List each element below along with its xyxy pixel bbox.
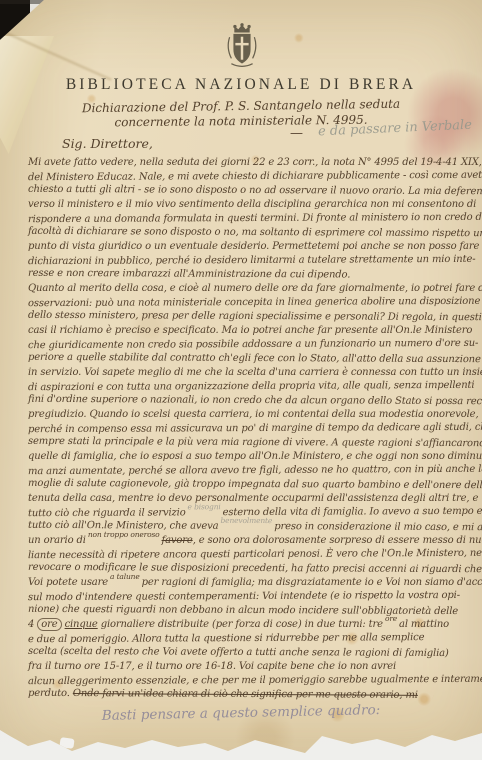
letter-line: pregiudizio. Quando io scelsi questa car… <box>28 408 480 422</box>
letter-segment-strike: favore <box>162 535 193 546</box>
letter-segment: resse e non creare imbarazzi all'Amminis… <box>28 268 350 281</box>
letter-segment: facoltà di dichiarare se sono disposto o… <box>28 226 482 240</box>
letter-line: resse e non creare imbarazzi all'Amminis… <box>28 267 480 283</box>
letter-segment: alcun alleggerimento essenziale, e che p… <box>28 674 482 687</box>
letter-line: quelle di famiglia, che io esposi a suo … <box>28 450 480 464</box>
letter-line: chiesto a tutti gli altri - se io sono d… <box>28 183 480 199</box>
letter-segment: liante necessità di ripetere ancora ques… <box>28 548 482 561</box>
divider-dash: — <box>290 126 303 141</box>
letter-line: casi il richiamo è preciso e specificato… <box>28 324 480 338</box>
letter-segment: dello stesso ministero, presa per delle … <box>28 310 482 323</box>
salutation: Sig. Direttore, <box>62 136 153 151</box>
letter-segment: per ragioni di famiglia; ma disgraziatam… <box>142 577 482 588</box>
letter-segment: in servizio. Voi sapete meglio di me che… <box>28 367 482 378</box>
savoy-crest-icon <box>224 23 260 69</box>
letter-segment: revocare o modificare le sue disposizion… <box>28 562 482 575</box>
folded-corner <box>0 36 54 154</box>
letter-line: Voi potete usarea taluneper ragioni di f… <box>28 576 480 590</box>
letter-segment: casi il richiamo è preciso e specificato… <box>28 325 472 336</box>
letter-segment: quelle di famiglia, che io esposi a suo … <box>28 451 482 462</box>
letter-line: in servizio. Voi sapete meglio di me che… <box>28 366 480 380</box>
letter-line: facoltà di dichiarare se sono disposto o… <box>28 225 480 241</box>
letter-segment: sempre stati la principale e la più vera… <box>28 436 482 449</box>
letter-segment: e due al pomeriggio. Allora tutta la que… <box>28 632 424 645</box>
letter-segment: che giuridicamente non credo sia possibi… <box>28 338 478 351</box>
letter-segment-circled: ore <box>37 618 61 631</box>
letter-segment: dichiarazioni in pubblico, perché io des… <box>28 254 475 267</box>
letter-line: tenuta della casa, mentre io devo person… <box>28 492 480 506</box>
letter-line: verso il ministero e il mio vivo sentime… <box>28 198 480 212</box>
letter-segment: pregiudizio. Quando io scelsi questa car… <box>28 409 478 420</box>
letter-page: BIBLIOTECA NAZIONALE DI BRERA Dichiarazi… <box>0 0 482 760</box>
letter-segment: di aspirazioni e con tutta una organizza… <box>28 380 474 393</box>
letter-segment: 4 <box>28 619 37 630</box>
letter-segment: al mattino <box>399 619 449 630</box>
letter-body: Mi avete fatto vedere, nella seduta dei … <box>28 156 480 702</box>
letter-segment: perduto. <box>28 688 73 699</box>
letter-segment: sul modo d'intendere questi contemperame… <box>28 590 460 603</box>
letterhead-title: BIBLIOTECA NAZIONALE DI BRERA <box>0 76 482 94</box>
letter-segment: moglie di salute cagionevole, già troppo… <box>28 478 482 491</box>
letter-line: fra il turno ore 15-17, e il turno ore 1… <box>28 660 480 674</box>
letter-line: periore a quelle stabilite dal contratto… <box>28 351 480 367</box>
letter-segment: Quanto al merito della cosa, e cioè al n… <box>28 283 482 294</box>
letter-line: un orario dinon troppo onerosofavore, e … <box>28 534 480 548</box>
letter-segment: fini d'ordine superiore o nazionali, io … <box>28 394 482 407</box>
letter-line: nione) che questi riguardi non debbano i… <box>28 603 480 619</box>
letter-line: fini d'ordine superiore o nazionali, io … <box>28 393 480 409</box>
letter-line: Quanto al merito della cosa, e cioè al n… <box>28 282 480 296</box>
letter-segment: preso in considerazione il mio caso, e m… <box>274 521 482 533</box>
letter-line: scelta (scelta del resto che Voi avete o… <box>28 645 480 661</box>
letter-segment: giornaliere distribuite (per forza di co… <box>98 619 383 630</box>
letter-segment: Mi avete fatto vedere, nella seduta dei … <box>28 157 482 168</box>
letter-segment: scelta (scelta del resto che Voi avete o… <box>28 646 449 659</box>
letter-segment: verso il ministero e il mio vivo sentime… <box>28 199 476 210</box>
letter-segment: un orario di <box>28 535 86 546</box>
letter-line: sempre stati la principale e la più vera… <box>28 435 480 451</box>
letter-segment: fra il turno ore 15-17, e il turno ore 1… <box>28 661 396 672</box>
letter-segment: chiesto a tutti gli altri - se io sono d… <box>28 184 482 197</box>
letter-segment: ma anzi aumentate, perché se allora avev… <box>28 464 482 477</box>
letter-segment: punto di vista giuridico o un eventuale … <box>28 241 479 252</box>
letter-segment: rispondere a una domanda formulata in qu… <box>28 212 482 226</box>
letter-segment: osservazioni: può una nota ministeriale … <box>28 296 480 309</box>
letter-segment: tenuta della casa, mentre io devo person… <box>28 493 478 504</box>
letter-line: moglie di salute cagionevole, già troppo… <box>28 477 480 493</box>
scanned-letter: BIBLIOTECA NAZIONALE DI BRERA Dichiarazi… <box>0 0 482 760</box>
letter-line: punto di vista giuridico o un eventuale … <box>28 240 480 254</box>
letter-line: 4 ore cinque giornaliere distribuite (pe… <box>28 618 480 632</box>
pencil-closing-note: Basti pensare a questo semplice quadro: <box>0 700 482 726</box>
letter-segment: del Ministero Educaz. Nale, e mi avete c… <box>28 170 482 183</box>
letter-line: Mi avete fatto vedere, nella seduta dei … <box>28 156 480 170</box>
letter-segment-underline: cinque <box>65 619 98 630</box>
letter-line: revocare o modificare le sue disposizion… <box>28 561 480 577</box>
letter-segment: Voi potete usare <box>28 577 108 588</box>
letter-line: dello stesso ministero, presa per delle … <box>28 309 480 325</box>
letter-segment: perché in compenso essa mi assicurava un… <box>28 422 482 436</box>
letter-segment: tutto ciò che riguarda il servizio <box>28 507 186 519</box>
letter-segment: , e sono ora dolorosamente sorpreso di e… <box>193 535 482 546</box>
letter-segment: periore a quelle stabilite dal contratto… <box>28 352 481 365</box>
letter-segment-strike: Onde farvi un'idea chiara di ciò che sig… <box>73 688 418 701</box>
paper-tear <box>59 737 74 749</box>
